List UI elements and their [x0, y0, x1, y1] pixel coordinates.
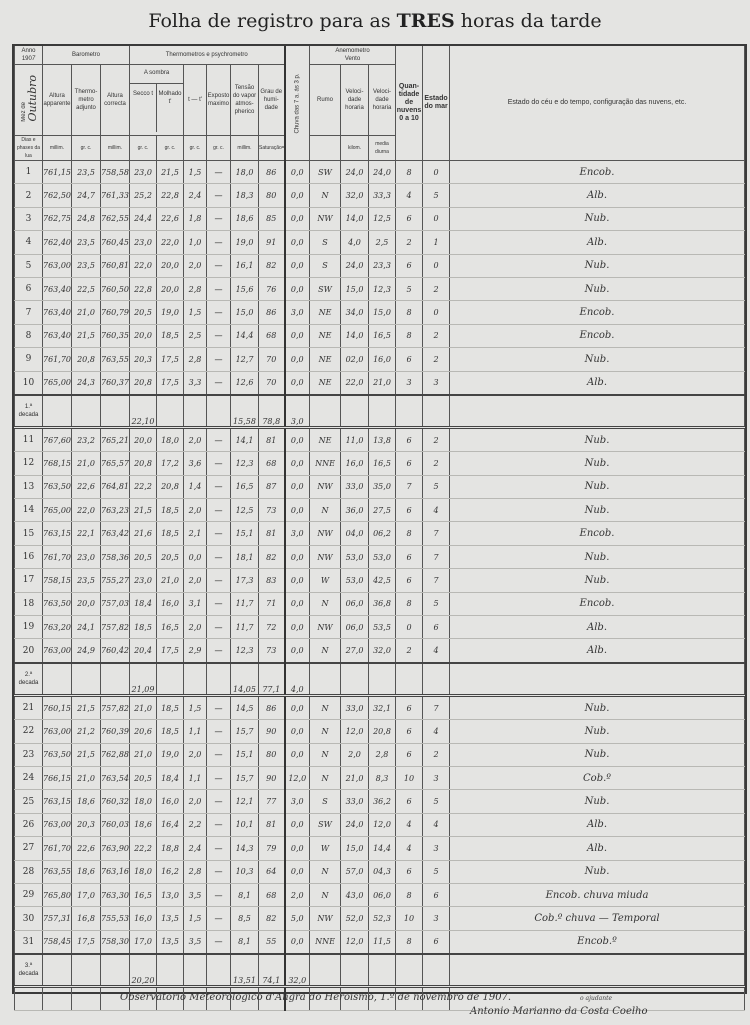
rumo-cell: NE — [310, 324, 341, 347]
secco-cell: 18,6 — [130, 813, 157, 836]
exposto-header: Exposto maximo — [207, 65, 231, 136]
mar-cell: 3 — [423, 766, 450, 789]
chuva-cell: 0,0 — [285, 545, 310, 568]
rumo-cell: SW — [310, 161, 341, 184]
therm-adj-cell: 22,1 — [72, 522, 101, 545]
estado-cell: Nub. — [450, 720, 745, 743]
secco-cell: 18,0 — [130, 790, 157, 813]
therm-adj-cell: 23,5 — [72, 254, 101, 277]
rumo-cell: N — [310, 860, 341, 883]
vel1-cell: 53,0 — [341, 545, 369, 568]
tensao-cell: 10,1 — [231, 813, 259, 836]
exposto-cell: — — [207, 161, 231, 184]
day-cell: 20 — [15, 639, 43, 663]
tensao-cell: 12,7 — [231, 348, 259, 371]
decade-secco-cell: 21,09 — [130, 663, 157, 696]
molhado-cell: 18,5 — [157, 522, 184, 545]
tensao-cell: 12,1 — [231, 790, 259, 813]
molhado-header: Molhado t' — [157, 84, 183, 132]
alt-corr-cell: 760,45 — [101, 231, 130, 254]
tensao-cell: 18,1 — [231, 545, 259, 568]
t-diff-cell: 3,5 — [184, 883, 207, 906]
estado-cell: Nub. — [450, 695, 745, 719]
mar-cell: 6 — [423, 616, 450, 639]
empty-cell — [450, 395, 745, 428]
table-row: 25763,1518,6760,3218,016,02,0—12,1773,0S… — [15, 790, 745, 813]
table-row: 24766,1521,0763,5420,518,41,1—15,79012,0… — [15, 766, 745, 789]
alt-corr-cell: 765,57 — [101, 452, 130, 475]
rumo-cell: N — [310, 743, 341, 766]
alt-app-cell: 762,40 — [43, 231, 72, 254]
estado-cell: Nub. — [450, 427, 745, 451]
vel2-cell: 53,5 — [369, 616, 396, 639]
table-row: 2762,5024,7761,3325,222,82,4—18,3800,0N3… — [15, 184, 745, 207]
unit-label: kilom. — [341, 136, 369, 161]
alt-corr-cell: 761,33 — [101, 184, 130, 207]
mar-cell: 4 — [423, 720, 450, 743]
chuva-cell: 0,0 — [285, 743, 310, 766]
chuva-cell: 0,0 — [285, 592, 310, 615]
alt-corr-cell: 763,55 — [101, 348, 130, 371]
tensao-cell: 15,7 — [231, 766, 259, 789]
secco-cell: 20,8 — [130, 452, 157, 475]
chuva-cell: 3,0 — [285, 301, 310, 324]
t-diff-cell: 1,0 — [184, 231, 207, 254]
nuvens-cell: 6 — [396, 860, 423, 883]
alt-corr-cell: 758,30 — [101, 930, 130, 954]
rumo-cell: NE — [310, 371, 341, 395]
estado-cell: Encob. — [450, 161, 745, 184]
estado-cell: Nub. — [450, 499, 745, 522]
vel2-cell: 32,1 — [369, 695, 396, 719]
mar-cell: 5 — [423, 475, 450, 498]
vel2-cell: 2,8 — [369, 743, 396, 766]
footer-role: o ajudante — [580, 995, 612, 1002]
day-cell: 26 — [15, 813, 43, 836]
exposto-cell: — — [207, 522, 231, 545]
nuvens-cell: 4 — [396, 184, 423, 207]
molhado-cell: 20,0 — [157, 254, 184, 277]
empty-cell — [43, 954, 72, 987]
molhado-cell: 16,4 — [157, 813, 184, 836]
table-row: 7763,4021,0760,7920,519,01,5—15,0863,0NE… — [15, 301, 745, 324]
humidade-cell: 91 — [259, 231, 285, 254]
estado-cell: Alb. — [450, 616, 745, 639]
therm-adj-cell: 24,7 — [72, 184, 101, 207]
altura-apparente-header: Altura apparente — [43, 65, 72, 136]
empty-cell — [72, 663, 101, 696]
exposto-cell: — — [207, 695, 231, 719]
empty-cell — [184, 954, 207, 987]
t-diff-cell: 2,9 — [184, 639, 207, 663]
molhado-cell: 18,5 — [157, 499, 184, 522]
nuvens-cell: 6 — [396, 254, 423, 277]
therm-adj-cell: 22,0 — [72, 499, 101, 522]
exposto-cell: — — [207, 837, 231, 860]
alt-app-cell: 761,15 — [43, 161, 72, 184]
mar-cell: 3 — [423, 371, 450, 395]
humidade-cell: 86 — [259, 301, 285, 324]
alt-app-cell: 766,15 — [43, 766, 72, 789]
vel2-cell: 04,3 — [369, 860, 396, 883]
mar-cell: 4 — [423, 499, 450, 522]
humidade-cell: 64 — [259, 860, 285, 883]
molhado-cell: 18,4 — [157, 766, 184, 789]
therm-adj-cell: 17,0 — [72, 883, 101, 906]
alt-app-cell: 761,70 — [43, 545, 72, 568]
empty-cell — [207, 395, 231, 428]
velocidade-header-2: Veloci-dade horaria — [369, 65, 396, 136]
alt-app-cell: 763,50 — [43, 743, 72, 766]
day-cell: 16 — [15, 545, 43, 568]
secco-cell: 22,2 — [130, 837, 157, 860]
secco-cell: 24,4 — [130, 207, 157, 230]
nuvens-cell: 2 — [396, 639, 423, 663]
t-diff-cell: 1,1 — [184, 720, 207, 743]
chuva-cell: 0,0 — [285, 837, 310, 860]
vel1-cell: 14,0 — [341, 324, 369, 347]
day-cell: 8 — [15, 324, 43, 347]
alt-app-cell: 763,50 — [43, 475, 72, 498]
estado-cell: Alb. — [450, 837, 745, 860]
secco-cell: 18,0 — [130, 860, 157, 883]
alt-corr-cell: 763,30 — [101, 883, 130, 906]
alt-app-cell: 763,20 — [43, 616, 72, 639]
chuva-cell: 0,0 — [285, 371, 310, 395]
vel2-cell: 2,5 — [369, 231, 396, 254]
day-cell: 21 — [15, 695, 43, 719]
empty-cell — [157, 954, 184, 987]
day-cell: 25 — [15, 790, 43, 813]
estado-cell: Alb. — [450, 639, 745, 663]
mar-cell: 5 — [423, 592, 450, 615]
nuvens-cell: 3 — [396, 371, 423, 395]
alt-app-cell: 758,15 — [43, 569, 72, 592]
vel2-cell: 27,5 — [369, 499, 396, 522]
alt-corr-cell: 758,58 — [101, 161, 130, 184]
humidade-cell: 80 — [259, 743, 285, 766]
humidade-cell: 77 — [259, 790, 285, 813]
vel2-cell: 12,3 — [369, 277, 396, 300]
table-row: 13763,5022,6764,8122,220,81,4—16,5870,0N… — [15, 475, 745, 498]
vel2-cell: 24,0 — [369, 161, 396, 184]
molhado-cell: 13,0 — [157, 883, 184, 906]
chuva-cell: 0,0 — [285, 427, 310, 451]
secco-cell: 20,3 — [130, 348, 157, 371]
estado-cell: Cob.º chuva — Temporal — [450, 907, 745, 930]
molhado-cell: 16,2 — [157, 860, 184, 883]
mar-cell: 2 — [423, 743, 450, 766]
therm-adj-cell: 17,5 — [72, 930, 101, 954]
rumo-cell: N — [310, 720, 341, 743]
empty-cell — [423, 663, 450, 696]
estado-cell: Nub. — [450, 743, 745, 766]
secco-cell: 20,4 — [130, 639, 157, 663]
decade-secco-cell: 20,20 — [130, 954, 157, 987]
alt-corr-cell: 760,42 — [101, 639, 130, 663]
day-cell: 29 — [15, 883, 43, 906]
estado-cell: Nub. — [450, 348, 745, 371]
mar-cell: 0 — [423, 207, 450, 230]
rumo-cell: W — [310, 837, 341, 860]
chuva-cell: 0,0 — [285, 930, 310, 954]
empty-cell — [369, 663, 396, 696]
day-cell: 7 — [15, 301, 43, 324]
day-cell: 12 — [15, 452, 43, 475]
table-row: 23763,5021,5762,8821,019,02,0—15,1800,0N… — [15, 743, 745, 766]
table-row: 29765,8017,0763,3016,513,03,5—8,1682,0N4… — [15, 883, 745, 906]
table-row: 9761,7020,8763,5520,317,52,8—12,7700,0NE… — [15, 348, 745, 371]
rumo-cell: N — [310, 883, 341, 906]
chuva-cell: 0,0 — [285, 720, 310, 743]
alt-corr-cell: 757,03 — [101, 592, 130, 615]
alt-app-cell: 763,55 — [43, 860, 72, 883]
day-cell: 17 — [15, 569, 43, 592]
rumo-cell: NW — [310, 522, 341, 545]
estado-cell: Nub. — [450, 790, 745, 813]
unit-label: gr. c. — [207, 136, 231, 161]
secco-cell: 20,5 — [130, 545, 157, 568]
mar-cell: 2 — [423, 348, 450, 371]
tensao-cell: 16,5 — [231, 475, 259, 498]
empty-cell — [101, 395, 130, 428]
chuva-cell: 0,0 — [285, 254, 310, 277]
tensao-cell: 15,6 — [231, 277, 259, 300]
exposto-cell: — — [207, 427, 231, 451]
day-cell: 5 — [15, 254, 43, 277]
vel1-cell: 2,0 — [341, 743, 369, 766]
year-header: Anno1907 — [15, 46, 43, 65]
vel1-cell: 27,0 — [341, 639, 369, 663]
day-cell: 2 — [15, 184, 43, 207]
mar-cell: 6 — [423, 930, 450, 954]
nuvens-cell: 0 — [396, 616, 423, 639]
nuvens-cell: 6 — [396, 720, 423, 743]
vel1-cell: 06,0 — [341, 592, 369, 615]
nuvens-cell: 7 — [396, 475, 423, 498]
molhado-cell: 19,0 — [157, 301, 184, 324]
vel2-cell: 06,2 — [369, 522, 396, 545]
nuvens-cell: 8 — [396, 883, 423, 906]
mar-cell: 0 — [423, 254, 450, 277]
day-cell: 14 — [15, 499, 43, 522]
vel1-cell: 15,0 — [341, 837, 369, 860]
humidade-cell: 86 — [259, 695, 285, 719]
tensao-cell: 15,1 — [231, 743, 259, 766]
decade-humidade-cell: 74,1 — [259, 954, 285, 987]
vel1-cell: 21,0 — [341, 766, 369, 789]
mar-cell: 5 — [423, 184, 450, 207]
exposto-cell: — — [207, 616, 231, 639]
table-row: 15763,1522,1763,4221,618,52,1—15,1813,0N… — [15, 522, 745, 545]
alt-corr-cell: 763,23 — [101, 499, 130, 522]
day-cell: 23 — [15, 743, 43, 766]
day-cell: 13 — [15, 475, 43, 498]
estado-ceu-header: Estado do céu e do tempo, configuração d… — [450, 46, 745, 161]
table-row: 17758,1523,5755,2723,021,02,0—17,3830,0W… — [15, 569, 745, 592]
therm-adj-cell: 24,3 — [72, 371, 101, 395]
mar-cell: 0 — [423, 301, 450, 324]
day-cell: 24 — [15, 766, 43, 789]
humidade-cell: 68 — [259, 883, 285, 906]
t-diff-cell: 2,0 — [184, 790, 207, 813]
humidade-cell: 90 — [259, 766, 285, 789]
vel2-cell: 42,5 — [369, 569, 396, 592]
estado-cell: Nub. — [450, 475, 745, 498]
mar-cell: 2 — [423, 427, 450, 451]
estado-cell: Nub. — [450, 545, 745, 568]
chuva-cell: 0,0 — [285, 813, 310, 836]
humidade-cell: 55 — [259, 930, 285, 954]
alt-corr-cell: 760,03 — [101, 813, 130, 836]
table-row: 21760,1521,5757,8221,018,51,5—14,5860,0N… — [15, 695, 745, 719]
decade-label: 3.ªdecada — [15, 954, 43, 987]
empty-cell — [369, 954, 396, 987]
nuvens-header: Quan-tidade de nuvens 0 a 10 — [396, 46, 423, 161]
vel1-cell: 34,0 — [341, 301, 369, 324]
vel1-cell: 57,0 — [341, 860, 369, 883]
table-row: 28763,5518,6763,1618,016,22,8—10,3640,0N… — [15, 860, 745, 883]
vel1-cell: 12,0 — [341, 930, 369, 954]
unit-label: millim. — [101, 136, 130, 161]
t-diff-cell: 2,1 — [184, 522, 207, 545]
table-row: 22763,0021,2760,3920,618,51,1—15,7900,0N… — [15, 720, 745, 743]
secco-cell: 20,5 — [130, 301, 157, 324]
rumo-cell: S — [310, 231, 341, 254]
molhado-cell: 17,2 — [157, 452, 184, 475]
nuvens-cell: 6 — [396, 790, 423, 813]
therm-adj-cell: 22,5 — [72, 277, 101, 300]
empty-cell — [72, 987, 101, 1011]
mar-cell: 3 — [423, 907, 450, 930]
mar-cell: 5 — [423, 860, 450, 883]
exposto-cell: — — [207, 475, 231, 498]
t-diff-cell: 2,0 — [184, 254, 207, 277]
rumo-cell: W — [310, 569, 341, 592]
vel2-cell: 14,4 — [369, 837, 396, 860]
chuva-cell: 0,0 — [285, 860, 310, 883]
chuva-cell: 2,0 — [285, 883, 310, 906]
alt-app-cell: 762,75 — [43, 207, 72, 230]
nuvens-cell: 8 — [396, 301, 423, 324]
estado-cell: Encob. — [450, 301, 745, 324]
empty-cell — [157, 395, 184, 428]
vel2-cell: 36,2 — [369, 790, 396, 813]
tensao-cell: 14,4 — [231, 324, 259, 347]
vel2-cell: 53,0 — [369, 545, 396, 568]
nuvens-cell: 6 — [396, 207, 423, 230]
nuvens-cell: 6 — [396, 427, 423, 451]
vel2-cell: 13,8 — [369, 427, 396, 451]
humidade-cell: 80 — [259, 184, 285, 207]
estado-cell: Alb. — [450, 813, 745, 836]
days-header: Dias e phases da lua — [15, 136, 43, 161]
table-row: 8763,4021,5760,3520,018,52,5—14,4680,0NE… — [15, 324, 745, 347]
decade-tensao-cell: 13,51 — [231, 954, 259, 987]
vel2-cell: 06,0 — [369, 883, 396, 906]
alt-app-cell: 767,60 — [43, 427, 72, 451]
empty-cell — [396, 395, 423, 428]
t-diff-cell: 3,1 — [184, 592, 207, 615]
therm-adj-cell: 23,5 — [72, 161, 101, 184]
day-cell: 31 — [15, 930, 43, 954]
rumo-cell: S — [310, 790, 341, 813]
t-diff-cell: 1,5 — [184, 161, 207, 184]
tensao-cell: 15,7 — [231, 720, 259, 743]
empty-cell — [43, 395, 72, 428]
mar-cell: 2 — [423, 324, 450, 347]
table-row: 14765,0022,0763,2321,518,52,0—12,5730,0N… — [15, 499, 745, 522]
day-cell: 4 — [15, 231, 43, 254]
humidade-cell: 85 — [259, 207, 285, 230]
vel1-cell: 14,0 — [341, 207, 369, 230]
estado-cell: Alb. — [450, 231, 745, 254]
day-cell: 15 — [15, 522, 43, 545]
table-row: 3762,7524,8762,5524,422,61,8—18,6850,0NW… — [15, 207, 745, 230]
table-row: 5763,0023,5760,8122,020,02,0—16,1820,0S2… — [15, 254, 745, 277]
alt-corr-cell: 762,55 — [101, 207, 130, 230]
alt-app-cell: 763,00 — [43, 639, 72, 663]
exposto-cell: — — [207, 592, 231, 615]
vel2-cell: 12,0 — [369, 813, 396, 836]
t-diff-cell: 1,4 — [184, 475, 207, 498]
mar-cell: 1 — [423, 231, 450, 254]
secco-cell: 17,0 — [130, 930, 157, 954]
tensao-cell: 8,1 — [231, 930, 259, 954]
estado-cell: Encob. — [450, 522, 745, 545]
vel2-cell: 35,0 — [369, 475, 396, 498]
empty-cell — [43, 663, 72, 696]
rumo-cell: NW — [310, 616, 341, 639]
alt-app-cell: 763,00 — [43, 254, 72, 277]
molhado-cell: 13,5 — [157, 907, 184, 930]
tensao-header: Tensão do vapor atmos-pherico — [231, 65, 259, 136]
secco-cell: 25,2 — [130, 184, 157, 207]
alt-app-cell: 763,15 — [43, 522, 72, 545]
mar-cell: 0 — [423, 161, 450, 184]
therm-adj-cell: 20,3 — [72, 813, 101, 836]
velocidade-header-1: Veloci-dade horaria — [341, 65, 369, 136]
altura-correcta-header: Altura correcta — [101, 65, 130, 136]
day-cell: 28 — [15, 860, 43, 883]
exposto-cell: — — [207, 813, 231, 836]
empty-cell — [450, 663, 745, 696]
exposto-cell: — — [207, 277, 231, 300]
rumo-cell: N — [310, 639, 341, 663]
estado-cell: Nub. — [450, 254, 745, 277]
exposto-cell: — — [207, 371, 231, 395]
vel1-cell: 24,0 — [341, 254, 369, 277]
day-cell: 3 — [15, 207, 43, 230]
unit-label: gr. c. — [184, 136, 207, 161]
secco-cell: 21,6 — [130, 522, 157, 545]
exposto-cell: — — [207, 324, 231, 347]
t-diff-cell: 2,4 — [184, 184, 207, 207]
mar-cell: 7 — [423, 695, 450, 719]
rumo-cell: NW — [310, 475, 341, 498]
rumo-cell: NNE — [310, 452, 341, 475]
vel1-cell: 02,0 — [341, 348, 369, 371]
vel2-cell: 11,5 — [369, 930, 396, 954]
decade-secco-cell: 22,10 — [130, 395, 157, 428]
humidade-cell: 82 — [259, 545, 285, 568]
chuva-cell: 0,0 — [285, 324, 310, 347]
nuvens-cell: 6 — [396, 695, 423, 719]
tensao-cell: 15,1 — [231, 522, 259, 545]
humidade-cell: 83 — [259, 569, 285, 592]
vel1-cell: 22,0 — [341, 371, 369, 395]
t-minus-header: t — t' — [184, 65, 207, 136]
